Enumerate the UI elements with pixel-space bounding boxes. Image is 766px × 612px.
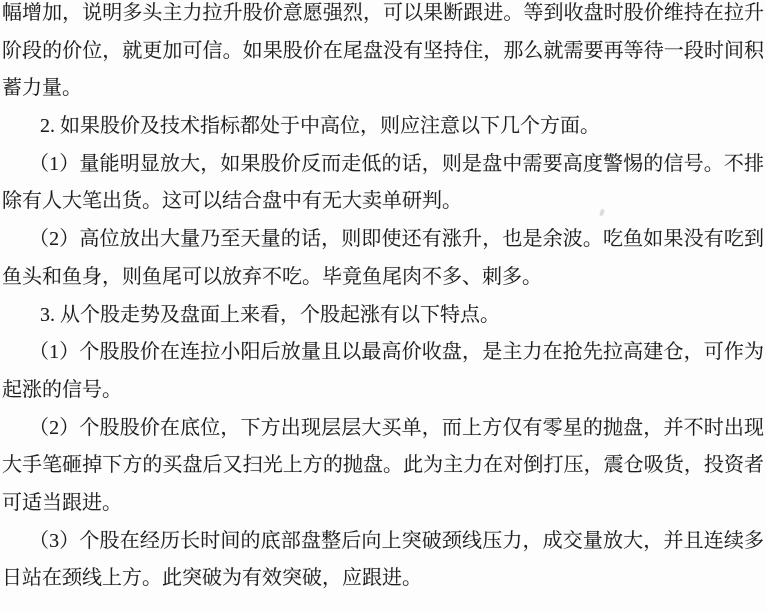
text-line: 除有人大笔出货。这可以结合盘中有无大卖单研判。 — [2, 183, 764, 221]
text-line: （1）量能明显放大，如果股价反而走低的话，则是盘中需要高度警惕的信号。不排 — [2, 146, 764, 184]
text-line: 阶段的价位，就更加可信。如果股价在尾盘没有坚持住，那么就需要再等待一段时间积 — [2, 33, 764, 71]
text-line: 可适当跟进。 — [2, 485, 764, 523]
text-line: （3）个股在经历长时间的底部盘整后向上突破颈线压力，成交量放大，并且连续多 — [2, 523, 764, 561]
text-line: 蓄力量。 — [2, 70, 764, 108]
text-line: 日站在颈线上方。此突破为有效突破，应跟进。 — [2, 560, 764, 598]
text-line: 起涨的信号。 — [2, 372, 764, 410]
text-line: 鱼头和鱼身，则鱼尾可以放弃不吃。毕竟鱼尾肉不多、刺多。 — [2, 259, 764, 297]
text-line: （2）高位放出大量乃至天量的话，则即使还有涨升，也是余波。吃鱼如果没有吃到 — [2, 221, 764, 259]
text-column: 幅增加，说明多头主力拉升股价意愿强烈，可以果断跟进。等到收盘时股价维持在拉升阶段… — [2, 0, 764, 598]
text-line: 大手笔砸掉下方的买盘后又扫光上方的抛盘。此为主力在对倒打压，震仓吸货，投资者 — [2, 447, 764, 485]
text-line: （2）个股股价在底位，下方出现层层大买单，而上方仅有零星的抛盘，并不时出现 — [2, 410, 764, 448]
text-line: 幅增加，说明多头主力拉升股价意愿强烈，可以果断跟进。等到收盘时股价维持在拉升 — [2, 0, 764, 33]
scanned-page: 幅增加，说明多头主力拉升股价意愿强烈，可以果断跟进。等到收盘时股价维持在拉升阶段… — [0, 0, 766, 612]
text-line: 2. 如果股价及技术指标都处于中高位，则应注意以下几个方面。 — [2, 108, 764, 146]
text-line: 3. 从个股走势及盘面上来看，个股起涨有以下特点。 — [2, 297, 764, 335]
text-line: （1）个股股价在连拉小阳后放量且以最高价收盘，是主力在抢先拉高建仓，可作为 — [2, 334, 764, 372]
